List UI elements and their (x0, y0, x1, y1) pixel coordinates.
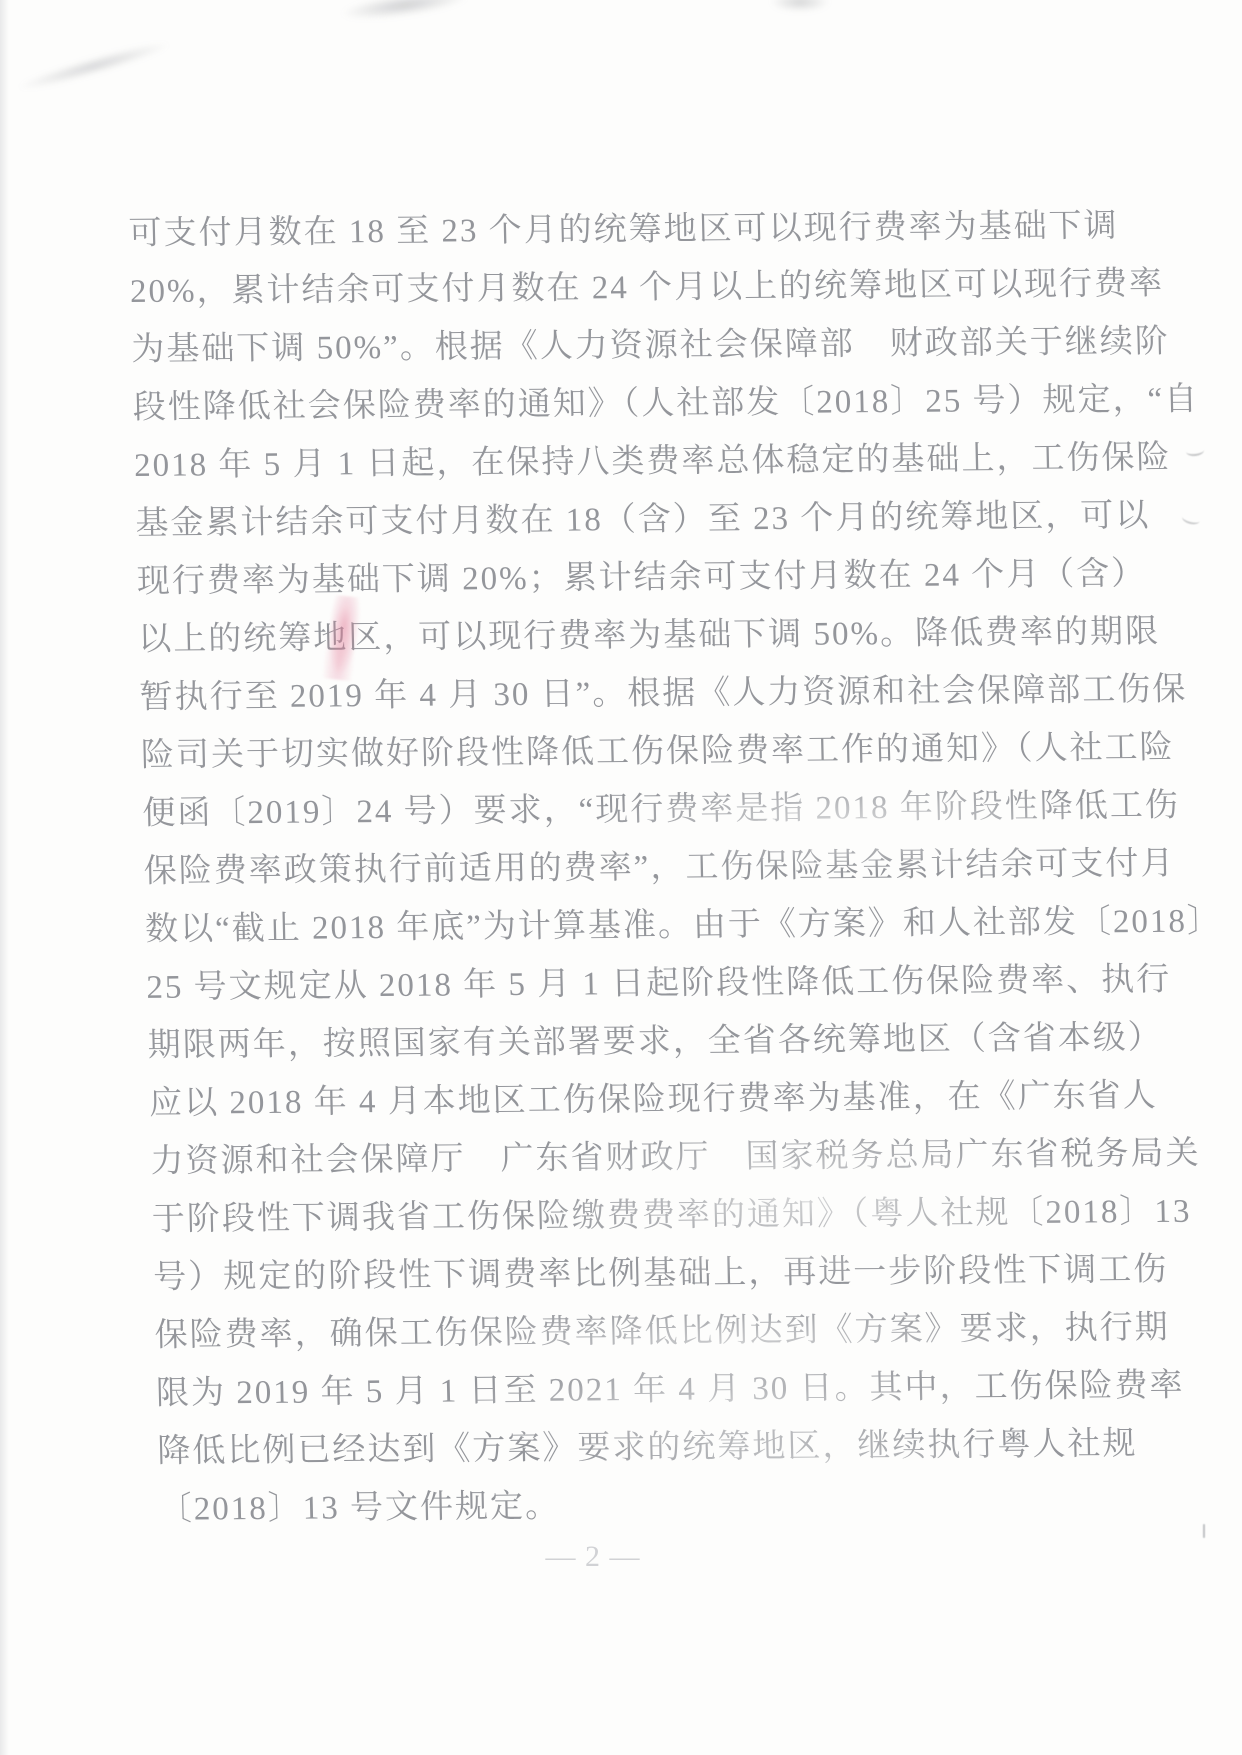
text-line: 暂执行至 2019 年 4 月 30 日”。根据《人力资源和社会保障部工伤保 (139, 662, 1045, 727)
text-line: 便函〔2019〕24 号）要求，“现行费率是指 2018 年阶段性降低工伤 (142, 778, 1048, 843)
paper-left-edge-shadow (0, 0, 9, 1755)
text-line: 基金累计结余可支付月数在 18（含）至 23 个月的统筹地区，可以 (135, 488, 1041, 553)
text-line: 可支付月数在 18 至 23 个月的统筹地区可以现行费率为基础下调 (128, 198, 1034, 263)
margin-pencil-mark (1186, 445, 1205, 457)
page-number: — 2 — (0, 1540, 1214, 1574)
body-text: 可支付月数在 18 至 23 个月的统筹地区可以现行费率为基础下调20%，累计结… (128, 198, 1064, 1539)
margin-pencil-mark (1203, 1524, 1205, 1538)
text-line: 保险费率，确保工伤保险费率降低比例达到《方案》要求，执行期 (154, 1300, 1060, 1365)
scan-smudge-top-middle (339, 0, 471, 25)
text-line: 应以 2018 年 4 月本地区工伤保险现行费率为基准，在《广东省人 (148, 1068, 1054, 1133)
text-line: 期限两年，按照国家有关部署要求，全省各统筹地区（含省本级） (147, 1010, 1053, 1075)
text-line: 力资源和社会保障厅 广东省财政厅 国家税务总局广东省税务局关 (150, 1126, 1056, 1191)
text-line: 以上的统筹地区，可以现行费率为基础下调 50%。降低费率的期限 (138, 604, 1044, 669)
text-line: 2018 年 5 月 1 日起，在保持八类费率总体稳定的基础上，工伤保险 (133, 430, 1039, 495)
text-line: 限为 2019 年 5 月 1 日至 2021 年 4 月 30 日。其中，工伤… (155, 1358, 1061, 1423)
text-line: 25 号文规定从 2018 年 5 月 1 日起阶段性降低工伤保险费率、执行 (146, 952, 1052, 1017)
text-line: 数以“截止 2018 年底”为计算基准。由于《方案》和人社部发〔2018〕 (144, 894, 1050, 959)
text-line: 〔2018〕13 号文件规定。 (158, 1474, 1064, 1539)
text-line: 现行费率为基础下调 20%；累计结余可支付月数在 24 个月（含） (136, 546, 1042, 611)
text-line: 险司关于切实做好阶段性降低工伤保险费率工作的通知》（人社工险 (140, 720, 1046, 785)
scan-smudge-top-left (15, 36, 173, 95)
text-line: 为基础下调 50%”。根据《人力资源社会保障部 财政部关于继续阶 (131, 314, 1037, 379)
text-line: 降低比例已经达到《方案》要求的统筹地区，继续执行粤人社规 (157, 1416, 1063, 1481)
text-line: 保险费率政策执行前适用的费率”，工伤保险基金累计结余可支付月 (143, 836, 1049, 901)
text-line: 段性降低社会保险费率的通知》（人社部发〔2018〕25 号）规定，“自 (132, 372, 1038, 437)
scan-smudge-top-right (770, 0, 830, 12)
text-line: 号）规定的阶段性下调费率比例基础上，再进一步阶段性下调工伤 (153, 1242, 1059, 1307)
text-line: 20%，累计结余可支付月数在 24 个月以上的统筹地区可以现行费率 (129, 256, 1035, 321)
scanned-document-page: 可支付月数在 18 至 23 个月的统筹地区可以现行费率为基础下调20%，累计结… (0, 0, 1242, 1755)
text-line: 于阶段性下调我省工伤保险缴费费率的通知》（粤人社规〔2018〕13 (151, 1184, 1057, 1249)
margin-pencil-mark (1181, 512, 1201, 526)
